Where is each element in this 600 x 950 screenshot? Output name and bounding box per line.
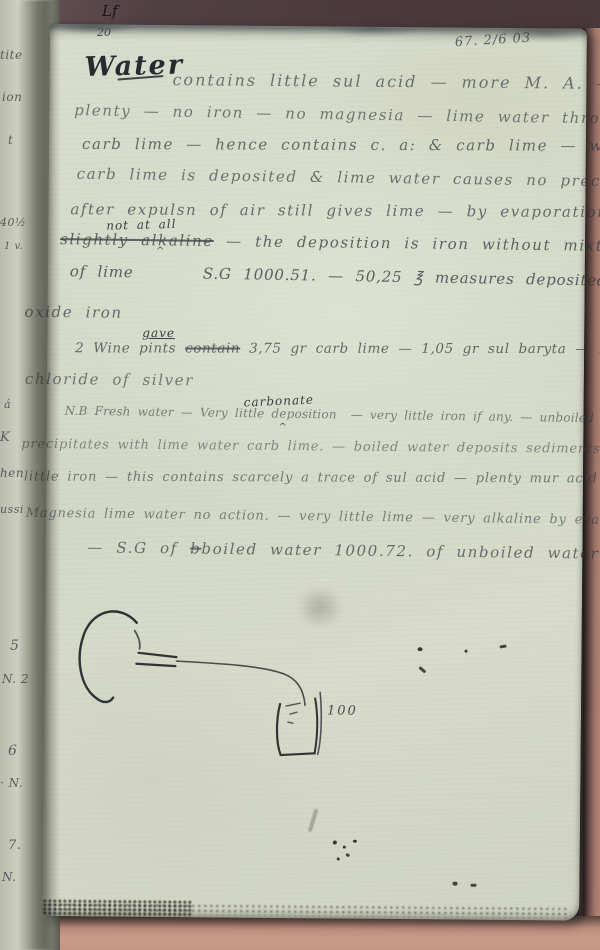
caret-mark: ^ [278,422,288,433]
delivery-tube [176,661,305,705]
insertion-gave: gave [142,327,175,340]
margin-fragment: K [0,430,10,445]
strikethrough-word: b [190,540,201,558]
ink-speck [353,840,357,843]
page-bottom-edge-speckles [46,902,569,919]
line-15-values: boiled water 1000.72. of unboiled water … [201,540,600,564]
corner-mark: 20 [97,26,111,39]
margin-fragment: 5 [10,638,19,654]
line-9-text: 2 Wine pints [75,340,176,356]
receiver-left-wall [277,704,315,755]
margin-fragment: N. 2 [2,672,29,686]
handwriting-line-2: plenty — no iron — no magnesia — lime wa… [74,102,600,128]
handwriting-line-15: — S.G of bboiled water 1000.72. of unboi… [87,539,600,563]
corner-mark: Lf [102,2,118,20]
ink-speck [470,884,476,887]
receiver-right-wall [315,698,318,753]
handwriting-line-1: contains little sul acid — more M. A. — … [172,71,600,93]
handwriting-line-11: N.B Fresh water — Very little deposition… [65,405,600,426]
ink-speck [333,840,337,844]
flask-outline [79,611,137,702]
flask-outline-right [135,631,140,649]
date-annotation: 67. 2/6 03 [454,31,531,51]
handwriting-line-10: chloride of silver [25,371,194,389]
margin-fragment: 6 [8,743,17,759]
margin-fragment: 40½ [0,216,26,229]
handwriting-line-12: precipitates with lime water carb lime. … [21,438,600,458]
line-15-text: — S.G of [87,538,178,557]
margin-fragment: t [8,133,13,147]
ink-speck [452,882,457,886]
margin-fragment: á [4,398,11,411]
ink-speck [345,853,350,858]
manuscript-page: 67. 2/6 03 Water contains little sul aci… [42,24,587,921]
handwriting-line-9: 2 Wine pints contain 3,75 gr carb lime —… [75,341,600,357]
ink-speck [465,650,468,653]
handwriting-line-8: oxide iron [24,304,122,321]
margin-fragment: ion [2,90,22,104]
ink-speck [418,647,423,651]
notebook-photo: { "page_header": { "date_mark": "67. 2/6… [0,0,600,950]
receiver-mouth-marks [286,703,300,723]
apparatus-sketch [71,600,383,793]
neck-tube-lower [136,664,175,666]
margin-fragment: tite [0,48,23,62]
line-9-values: 3,75 gr carb lime — 1,05 gr sul baryta —… [249,341,600,358]
margin-fragment: · N. [0,776,23,790]
page-bottom-corner-speckles [42,899,192,917]
pencil-mark [308,808,319,832]
margin-fragment: N. [2,870,17,884]
strikethrough-word: slightly alkaline [60,230,214,250]
line-11-text: N.B Fresh water — Very little deposition [65,404,337,422]
handwriting-line-13: little iron — this contains scarcely a t… [24,470,600,486]
margin-fragment: hen [0,466,24,480]
line-6-text: — the deposition is iron without mixture [226,232,600,255]
ink-speck [337,858,340,861]
neck-tube-upper [138,653,176,657]
ink-speck [499,644,506,648]
handwriting-line-6: slightly alkaline — the deposition is ir… [60,231,600,255]
line-11-text-b: — very little iron if any. — unboiled wa… [351,408,600,426]
margin-fragment: 1 v. [4,241,23,252]
handwriting-line-3: carb lime — hence contains c. a: & carb … [82,136,600,155]
ink-speck [418,666,426,673]
desk-background-bottom [52,916,600,950]
strikethrough-word: contain [185,340,240,356]
handwriting-line-7: of lime S.G 1000.51. — 50,25 ℥ measures … [70,263,600,291]
handwriting-line-14: Magnesia lime water no action. — very li… [26,507,600,529]
figure-label: 100 [327,703,358,718]
handwriting-line-4: carb lime is deposited & lime water caus… [77,166,600,191]
ink-speck [343,846,346,849]
margin-fragment: ussi [0,503,24,516]
margin-fragment: 7. [8,838,21,853]
